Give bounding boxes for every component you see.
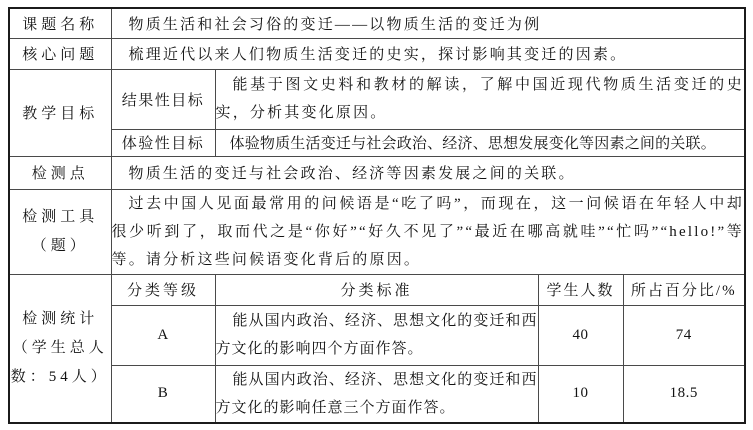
label-topic-name: 课题名称	[9, 8, 111, 38]
cell-grade-a: A	[111, 305, 215, 365]
cell-percent-a: 74	[623, 305, 745, 365]
table-row: 检测工具 （题） 过去中国人见面最常用的问候语是“吃了吗”，而现在，这一问候语在…	[9, 189, 745, 274]
label-result-goal: 结果性目标	[111, 69, 215, 129]
cell-grade-b: B	[111, 365, 215, 423]
table-row-grade-b: B 能从国内政治、经济、思想文化的变迁和西方文化的影响任意三个方面作答。 10 …	[9, 365, 745, 423]
table-row: 课题名称 物质生活和社会习俗的变迁——以物质生活的变迁为例	[9, 8, 745, 38]
cell-students-b: 10	[538, 365, 623, 423]
stats-header-percent: 所占百分比/%	[623, 274, 745, 305]
cell-experience-goal-value: 体验物质生活变迁与社会政治、经济、思想发展变化等因素之间的关联。	[215, 129, 745, 156]
label-core-question: 核心问题	[9, 38, 111, 69]
cell-result-goal-value: 能基于图文史料和教材的解读，了解中国近现代物质生活变迁的史实，分析其变化原因。	[215, 69, 745, 129]
table-row-grade-a: A 能从国内政治、经济、思想文化的变迁和西方文化的影响四个方面作答。 40 74	[9, 305, 745, 365]
cell-percent-b: 18.5	[623, 365, 745, 423]
cell-standard-a: 能从国内政治、经济、思想文化的变迁和西方文化的影响四个方面作答。	[215, 305, 538, 365]
stats-header-standard: 分类标准	[215, 274, 538, 305]
cell-check-tool-value: 过去中国人见面最常用的问候语是“吃了吗”，而现在，这一问候语在年轻人中却很少听到…	[111, 189, 745, 274]
table-row: 核心问题 梳理近代以来人们物质生活变迁的史实，探讨影响其变迁的因素。	[9, 38, 745, 69]
cell-check-point-value: 物质生活的变迁与社会政治、经济等因素发展之间的关联。	[111, 156, 745, 189]
table-row: 检测统计 （学生总人 数：54人） 分类等级 分类标准 学生人数 所占百分比/%	[9, 274, 745, 305]
label-teaching-goals: 教学目标	[9, 69, 111, 156]
stats-header-grade: 分类等级	[111, 274, 215, 305]
label-experience-goal: 体验性目标	[111, 129, 215, 156]
table-row: 教学目标 结果性目标 能基于图文史料和教材的解读，了解中国近现代物质生活变迁的史…	[9, 69, 745, 129]
lesson-plan-table: 课题名称 物质生活和社会习俗的变迁——以物质生活的变迁为例 核心问题 梳理近代以…	[8, 7, 746, 424]
stats-header-students: 学生人数	[538, 274, 623, 305]
cell-standard-b: 能从国内政治、经济、思想文化的变迁和西方文化的影响任意三个方面作答。	[215, 365, 538, 423]
label-check-point: 检测点	[9, 156, 111, 189]
cell-topic-value: 物质生活和社会习俗的变迁——以物质生活的变迁为例	[111, 8, 745, 38]
cell-students-a: 40	[538, 305, 623, 365]
label-check-tool: 检测工具 （题）	[9, 189, 111, 274]
label-check-statistics: 检测统计 （学生总人 数：54人）	[9, 274, 111, 423]
table-row: 体验性目标 体验物质生活变迁与社会政治、经济、思想发展变化等因素之间的关联。	[9, 129, 745, 156]
cell-core-question-value: 梳理近代以来人们物质生活变迁的史实，探讨影响其变迁的因素。	[111, 38, 745, 69]
table-row: 检测点 物质生活的变迁与社会政治、经济等因素发展之间的关联。	[9, 156, 745, 189]
